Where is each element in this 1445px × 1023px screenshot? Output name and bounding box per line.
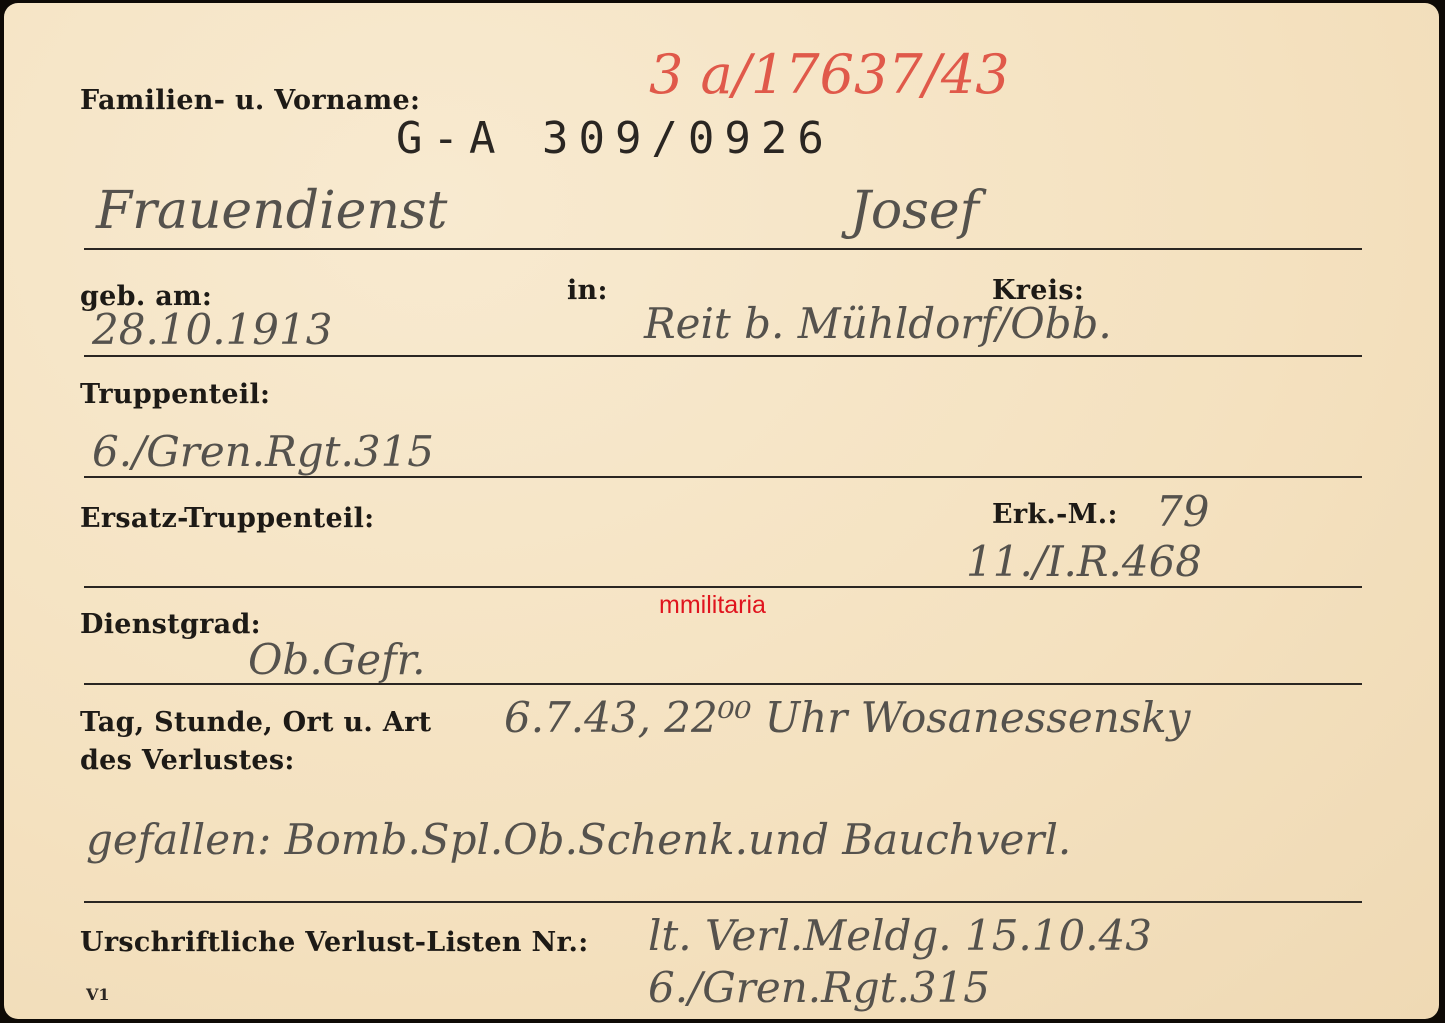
loss-value-2: gefallen: Bomb.Spl.Ob.Schenk.und Bauchve… bbox=[86, 815, 1071, 864]
recognition-mark-value-2: 11./I.R.468 bbox=[966, 537, 1202, 586]
index-card: 3 a/17637/43 Familien- u. Vorname: G-A 3… bbox=[4, 3, 1439, 1019]
loss-value-1: 6.7.43, 22⁰⁰ Uhr Wosanessensky bbox=[504, 693, 1190, 742]
unit-label: Truppenteil: bbox=[80, 379, 270, 410]
name-label: Familien- u. Vorname: bbox=[80, 85, 420, 116]
rank-label: Dienstgrad: bbox=[80, 609, 261, 640]
rule bbox=[84, 901, 1362, 903]
typed-number: G-A 309/0926 bbox=[396, 113, 834, 164]
watermark: mmilitaria bbox=[659, 591, 766, 620]
unit-value: 6./Gren.Rgt.315 bbox=[92, 427, 434, 476]
rule bbox=[84, 476, 1362, 478]
recognition-mark-label: Erk.-M.: bbox=[992, 499, 1118, 530]
surname-value: Frauendienst bbox=[96, 181, 447, 241]
born-in-label: in: bbox=[567, 275, 608, 306]
firstname-value: Josef bbox=[850, 181, 979, 241]
loss-label-1: Tag, Stunde, Ort u. Art bbox=[80, 707, 431, 738]
born-in-value: Reit b. Mühldorf/Obb. bbox=[644, 299, 1112, 348]
loss-lists-value-1: lt. Verl.Meldg. 15.10.43 bbox=[648, 911, 1152, 960]
born-on-value: 28.10.1913 bbox=[92, 305, 332, 354]
rule bbox=[84, 586, 1362, 588]
red-file-number: 3 a/17637/43 bbox=[649, 43, 1010, 106]
loss-label-2: des Verlustes: bbox=[80, 745, 295, 776]
loss-lists-label: Urschriftliche Verlust-Listen Nr.: bbox=[80, 927, 589, 958]
recognition-mark-value-1: 79 bbox=[1156, 487, 1209, 536]
replacement-unit-label: Ersatz-Truppenteil: bbox=[80, 503, 374, 534]
rule bbox=[84, 248, 1362, 250]
loss-lists-value-2: 6./Gren.Rgt.315 bbox=[648, 963, 990, 1012]
rule bbox=[84, 355, 1362, 357]
form-code: V1 bbox=[86, 985, 110, 1004]
rank-value: Ob.Gefr. bbox=[248, 635, 425, 684]
rule bbox=[84, 683, 1362, 685]
